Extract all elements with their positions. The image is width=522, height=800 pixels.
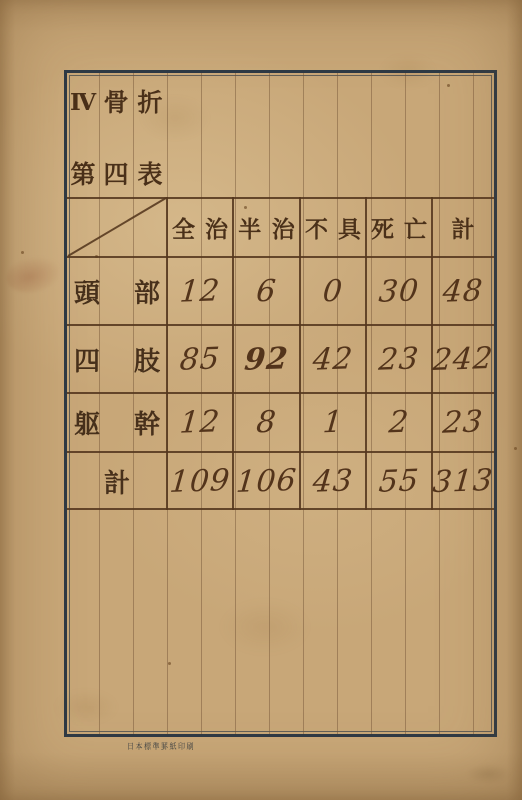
col-header-fully-healed: 全治 — [167, 199, 233, 255]
ink-smudge — [2, 250, 65, 298]
row-label-total: 計 — [67, 455, 167, 508]
row-label-trunk: 躯幹 — [67, 394, 167, 451]
cell-value: 12 — [164, 257, 236, 325]
cell-value: 55 — [364, 454, 435, 509]
cell-value: 0 — [297, 257, 369, 325]
cell-value: 6 — [230, 257, 303, 325]
paper-stain — [466, 764, 510, 784]
col-header-total: 計 — [432, 199, 494, 255]
cell-value: 23 — [363, 325, 435, 393]
row-label-limbs: 四肢 — [67, 326, 167, 392]
cell-value: 106 — [231, 454, 303, 509]
cell-value: 313 — [430, 454, 497, 509]
table-number-char: 四 — [100, 157, 132, 193]
cell-value: 48 — [429, 257, 497, 325]
cell-value: 30 — [363, 257, 435, 325]
cell-value: 242 — [429, 325, 497, 393]
row-label-head: 頭部 — [67, 258, 167, 324]
paper-speck — [514, 447, 517, 450]
cell-value: 109 — [165, 454, 236, 509]
section-heading: Ⅳ 骨 折 — [67, 85, 217, 121]
col-header-death: 死亡 — [366, 199, 432, 255]
cell-value: 8 — [230, 393, 302, 452]
col-header-disabled: 不具 — [300, 199, 366, 255]
paper-speck — [21, 251, 24, 254]
cell-value: 42 — [297, 325, 369, 393]
cell-value: 85 — [164, 325, 236, 393]
cell-value: 43 — [298, 454, 369, 509]
cell-value: 92 — [230, 325, 303, 393]
cell-value: 23 — [429, 393, 496, 452]
section-numeral: Ⅳ — [67, 85, 99, 121]
col-header-half-healed: 半治 — [233, 199, 300, 255]
printer-stamp-text: 日本標準罫紙印刷 — [127, 741, 195, 753]
cell-value: 2 — [363, 393, 434, 452]
header-diagonal-line — [67, 197, 167, 257]
table-number-char: 表 — [134, 157, 166, 193]
cell-value: 1 — [297, 393, 368, 452]
section-char: 骨 — [100, 85, 132, 121]
page-frame: Ⅳ 骨 折 第 四 表 全治 — [64, 70, 497, 737]
scanned-page: Ⅳ 骨 折 第 四 表 全治 — [0, 0, 522, 800]
fracture-statistics-table: 全治 半治 不具 死亡 計 頭部 四肢 躯幹 計 12 6 0 30 48 85… — [67, 197, 494, 510]
section-char: 折 — [134, 85, 166, 121]
table-number-char: 第 — [67, 157, 99, 193]
cell-value: 12 — [164, 393, 235, 452]
table-number-heading: 第 四 表 — [67, 157, 217, 193]
